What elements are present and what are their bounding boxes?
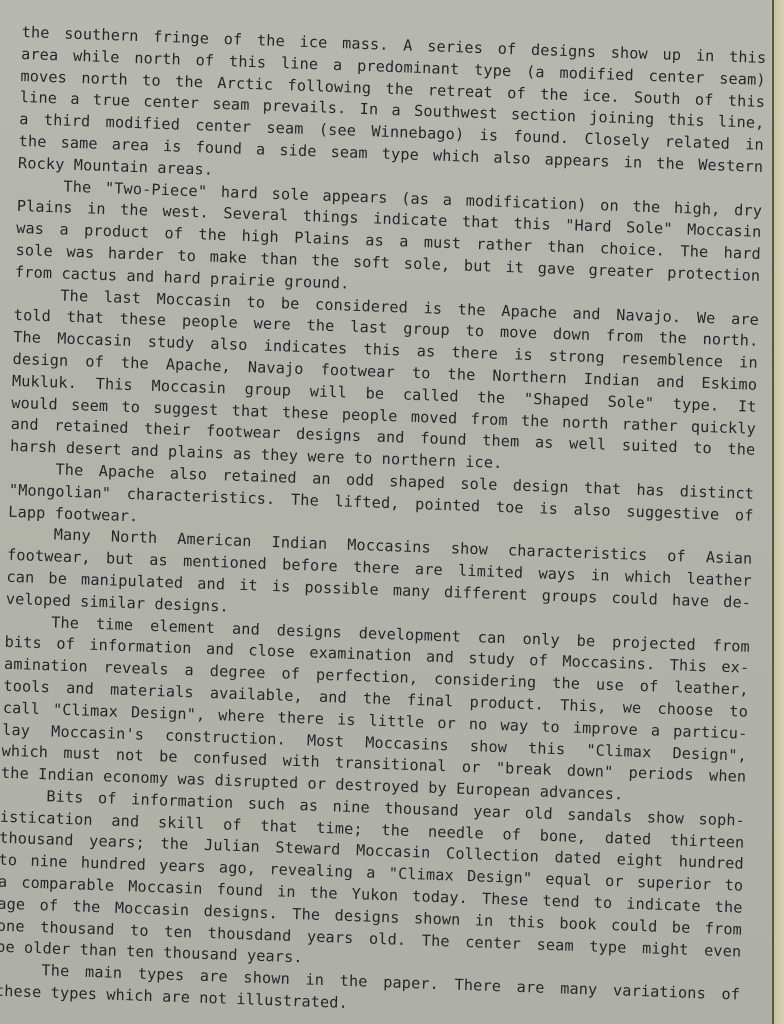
typewritten-body-text: the southern fringe of the ice mass. A s… [0,22,767,1024]
adjacent-page-edge [774,0,784,1024]
book-page: the southern fringe of the ice mass. A s… [0,0,772,1024]
